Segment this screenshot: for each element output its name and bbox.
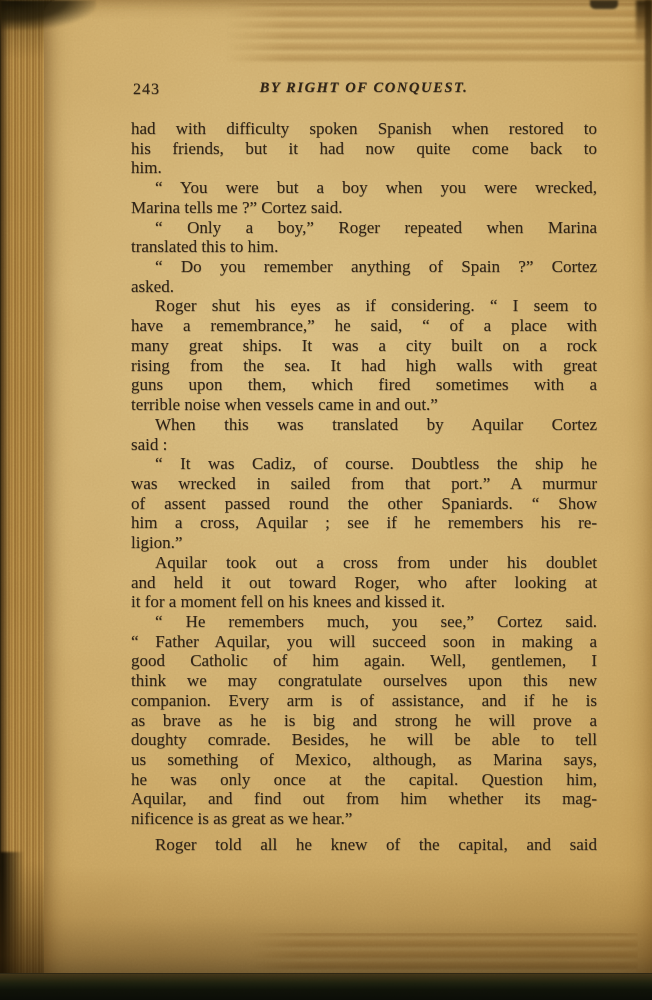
text-line: Aquilar, and find out from him whether i… [131,789,597,809]
text-line: rising from the sea. It had high walls w… [131,356,597,376]
text-line: nificence is as great as we hear.” [131,809,597,829]
text-line: translated this to him. [131,237,597,257]
text-line: terrible noise when vessels came in and … [131,395,597,415]
running-header: BY RIGHT OF CONQUEST. [131,80,597,97]
text-line: he was only once at the capital. Questio… [131,770,597,790]
text-line: Roger shut his eyes as if considering. “… [131,296,597,316]
text-line: think we may congratulate ourselves upon… [131,671,597,691]
text-line: and held it out toward Roger, who after … [131,573,597,593]
text-line: was wrecked in sailed from that port.” A… [131,474,597,494]
text-line: as brave as he is big and strong he will… [131,711,597,731]
text-line: us something of Mexico, although, as Mar… [131,750,597,770]
text-line: said : [131,435,597,455]
text-line: of assent passed round the other Spaniar… [131,494,597,514]
text-line: companion. Every arm is of assistance, a… [131,691,597,711]
text-line: When this was translated by Aquilar Cort… [131,415,597,435]
page-header: 243 BY RIGHT OF CONQUEST. [131,80,597,102]
text-line: Aquilar took out a cross from under his … [131,553,597,573]
text-line: “ Do you remember anything of Spain ?” C… [131,257,597,277]
text-line: “ Father Aquilar, you will succeed soon … [131,632,597,652]
text-line: his friends, but it had now quite come b… [131,139,597,159]
text-line: ligion.” [131,533,597,553]
text-line: “ You were but a boy when you were wreck… [131,178,597,198]
text-line: had with difficulty spoken Spanish when … [131,119,597,139]
text-line: it for a moment fell on his knees and ki… [131,592,597,612]
text-line: guns upon them, which fired sometimes wi… [131,375,597,395]
text-line: “ He remembers much, you see,” Cortez sa… [131,612,597,632]
page-text-block: had with difficulty spoken Spanish when … [131,119,597,855]
text-line: “ Only a boy,” Roger repeated when Marin… [131,218,597,238]
text-line: good Catholic of him again. Well, gentle… [131,651,597,671]
text-line: have a remembrance,” he said, “ of a pla… [131,316,597,336]
text-line: him. [131,158,597,178]
text-line: “ It was Cadiz, of course. Doubtless the… [131,454,597,474]
text-line: Marina tells me ?” Cortez said. [131,198,597,218]
page-number: 243 [133,81,160,99]
text-line: asked. [131,277,597,297]
text-line: Roger told all he knew of the capital, a… [131,835,597,855]
text-line: many great ships. It was a city built on… [131,336,597,356]
text-line: him a cross, Aquilar ; see if he remembe… [131,513,597,533]
scanned-book-page: 243 BY RIGHT OF CONQUEST. had with diffi… [0,0,652,1000]
text-line: doughty comrade. Besides, he will be abl… [131,730,597,750]
